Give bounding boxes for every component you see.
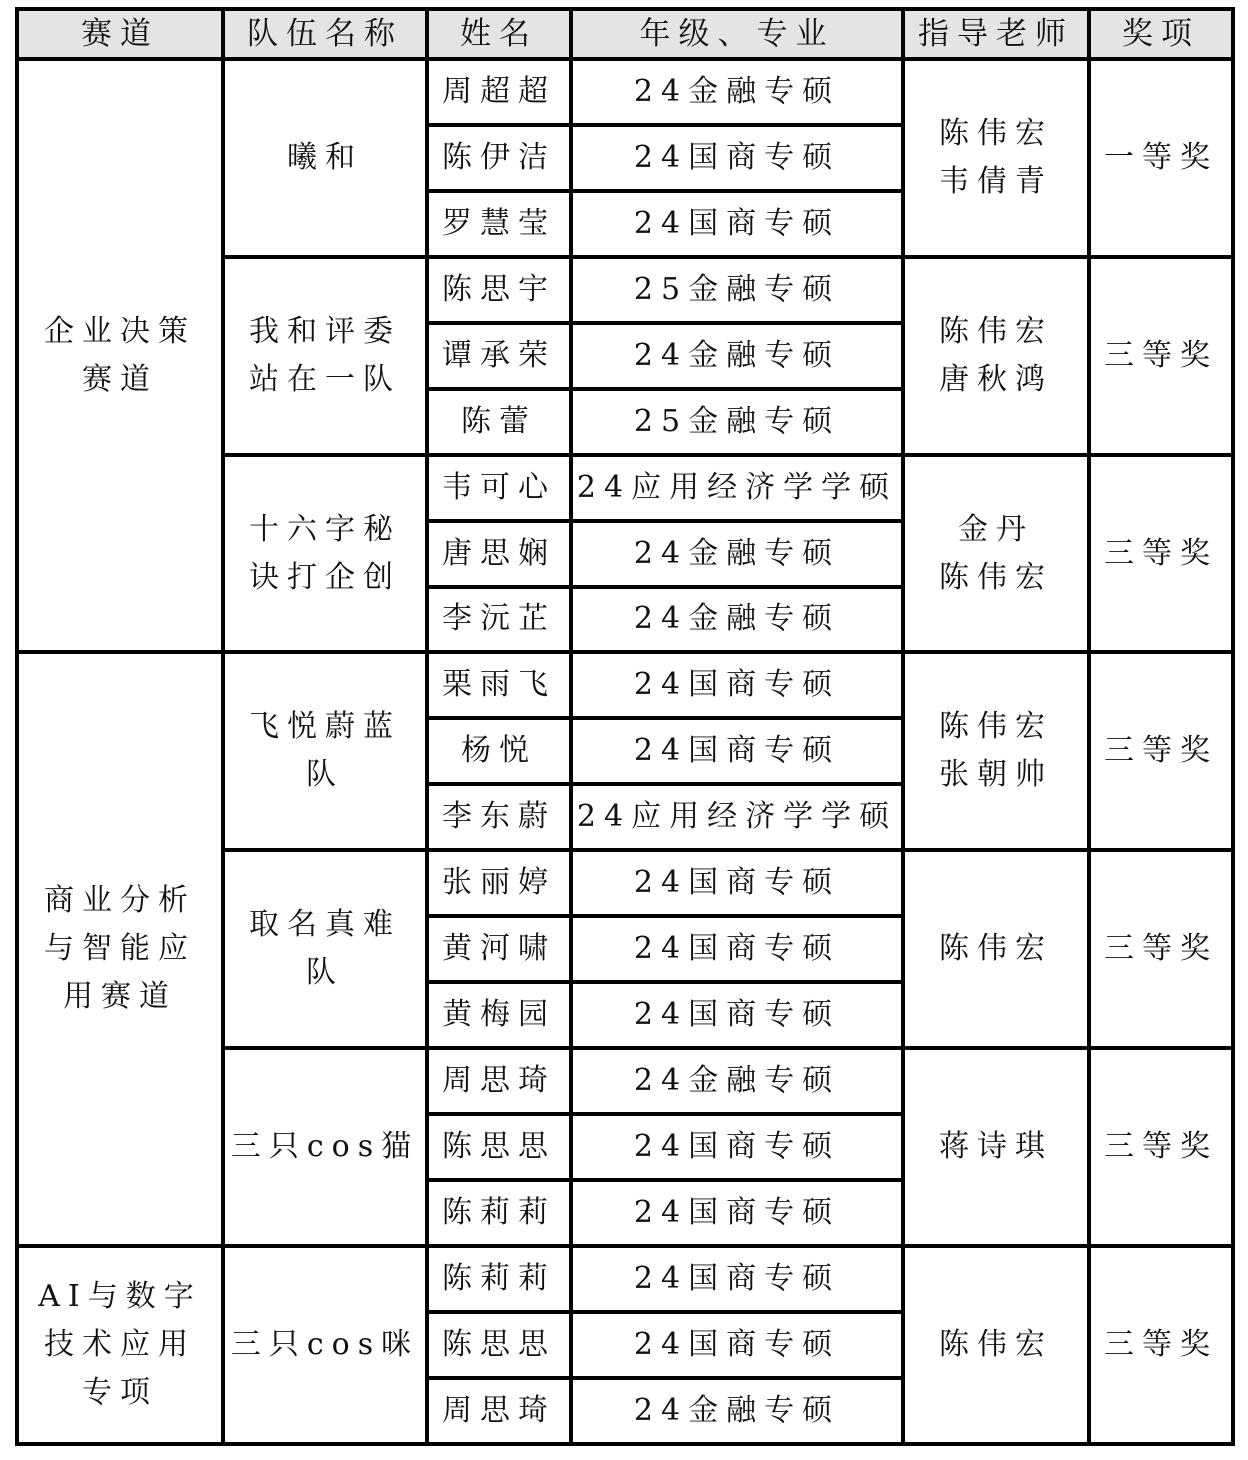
member-major: 24国商专硕	[571, 718, 903, 784]
track-cell: AI与数字 技术应用 专项	[17, 1246, 223, 1444]
member-name: 周超超	[427, 59, 571, 125]
member-name: 韦可心	[427, 455, 571, 521]
team-name-cell: 十六字秘 诀打企创	[223, 455, 427, 653]
member-major: 24国商专硕	[571, 1246, 903, 1312]
member-major: 24国商专硕	[571, 916, 903, 982]
member-name: 周思琦	[427, 1048, 571, 1114]
member-name: 陈莉莉	[427, 1246, 571, 1312]
member-major: 25金融专硕	[571, 389, 903, 455]
member-major: 24金融专硕	[571, 323, 903, 389]
header-award: 奖项	[1089, 9, 1233, 59]
member-major: 24金融专硕	[571, 1378, 903, 1444]
member-name: 黄河啸	[427, 916, 571, 982]
member-name: 陈莉莉	[427, 1180, 571, 1246]
award-cell: 三等奖	[1089, 850, 1233, 1048]
award-cell: 三等奖	[1089, 1246, 1233, 1444]
member-major: 24金融专硕	[571, 1048, 903, 1114]
member-name: 栗雨飞	[427, 652, 571, 718]
header-member-name: 姓名	[427, 9, 571, 59]
awards-table: 赛道 队伍名称 姓名 年级、专业 指导老师 奖项 企业决策 赛道 曦和 周超超 …	[15, 7, 1235, 1446]
member-name: 陈伊洁	[427, 125, 571, 191]
team-name-cell: 三只cos猫	[223, 1048, 427, 1246]
member-name: 陈思思	[427, 1312, 571, 1378]
team-name-cell: 我和评委 站在一队	[223, 257, 427, 455]
member-major: 24国商专硕	[571, 982, 903, 1048]
member-major: 24国商专硕	[571, 1180, 903, 1246]
advisor-cell: 金丹 陈伟宏	[903, 455, 1089, 653]
track-cell: 商业分析 与智能应 用赛道	[17, 652, 223, 1245]
member-major: 24金融专硕	[571, 59, 903, 125]
member-name: 周思琦	[427, 1378, 571, 1444]
team-name-cell: 取名真难 队	[223, 850, 427, 1048]
member-major: 24国商专硕	[571, 1312, 903, 1378]
member-major: 24金融专硕	[571, 587, 903, 653]
member-name: 谭承荣	[427, 323, 571, 389]
table-row: 企业决策 赛道 曦和 周超超 24金融专硕 陈伟宏 韦倩青 一等奖	[17, 59, 1233, 125]
member-name: 唐思娴	[427, 521, 571, 587]
advisor-cell: 蒋诗琪	[903, 1048, 1089, 1246]
team-name-cell: 曦和	[223, 59, 427, 257]
table-row: 商业分析 与智能应 用赛道 飞悦蔚蓝 队 栗雨飞 24国商专硕 陈伟宏 张朝帅 …	[17, 652, 1233, 718]
header-row: 赛道 队伍名称 姓名 年级、专业 指导老师 奖项	[17, 9, 1233, 59]
award-cell: 三等奖	[1089, 455, 1233, 653]
award-cell: 一等奖	[1089, 59, 1233, 257]
award-cell: 三等奖	[1089, 1048, 1233, 1246]
member-major: 24金融专硕	[571, 521, 903, 587]
member-major: 24应用经济学学硕	[571, 784, 903, 850]
member-major: 24国商专硕	[571, 125, 903, 191]
advisor-cell: 陈伟宏 唐秋鸿	[903, 257, 1089, 455]
header-track: 赛道	[17, 9, 223, 59]
advisor-cell: 陈伟宏	[903, 850, 1089, 1048]
table-row: AI与数字 技术应用 专项 三只cos咪 陈莉莉 24国商专硕 陈伟宏 三等奖	[17, 1246, 1233, 1312]
header-team-name: 队伍名称	[223, 9, 427, 59]
member-name: 杨悦	[427, 718, 571, 784]
team-name-cell: 飞悦蔚蓝 队	[223, 652, 427, 850]
track-cell: 企业决策 赛道	[17, 59, 223, 652]
member-major: 24国商专硕	[571, 850, 903, 916]
member-major: 24国商专硕	[571, 1114, 903, 1180]
award-cell: 三等奖	[1089, 257, 1233, 455]
header-grade-major: 年级、专业	[571, 9, 903, 59]
member-major: 24应用经济学学硕	[571, 455, 903, 521]
advisor-cell: 陈伟宏	[903, 1246, 1089, 1444]
member-major: 25金融专硕	[571, 257, 903, 323]
advisor-cell: 陈伟宏 张朝帅	[903, 652, 1089, 850]
member-name: 陈蕾	[427, 389, 571, 455]
member-name: 陈思思	[427, 1114, 571, 1180]
member-name: 张丽婷	[427, 850, 571, 916]
member-name: 李沅芷	[427, 587, 571, 653]
member-name: 罗慧莹	[427, 191, 571, 257]
header-advisor: 指导老师	[903, 9, 1089, 59]
team-name-cell: 三只cos咪	[223, 1246, 427, 1444]
member-name: 黄梅园	[427, 982, 571, 1048]
member-major: 24国商专硕	[571, 652, 903, 718]
member-name: 李东蔚	[427, 784, 571, 850]
award-cell: 三等奖	[1089, 652, 1233, 850]
advisor-cell: 陈伟宏 韦倩青	[903, 59, 1089, 257]
member-major: 24国商专硕	[571, 191, 903, 257]
member-name: 陈思宇	[427, 257, 571, 323]
